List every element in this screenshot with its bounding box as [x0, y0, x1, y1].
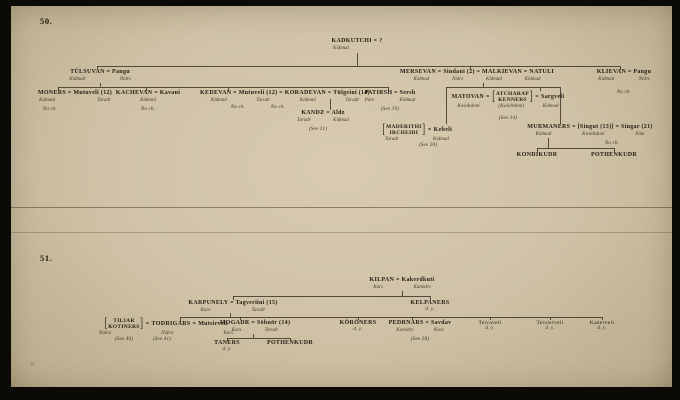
connector-line [97, 66, 620, 67]
name-line: KANDZ = Aldz [286, 110, 360, 117]
name-text: d. y. [545, 326, 554, 332]
clan-name: Kidmad [399, 98, 415, 104]
name-text: MURMANERS = [Singut (13)] = Singar (21) [527, 124, 652, 131]
clan-name: Kars [232, 328, 242, 334]
clan-name: Taradr [97, 98, 111, 104]
marriage-pedrnars: PEDRNARS = SavdavKanòdrsKars [386, 320, 454, 333]
name-text: (See 20) [419, 143, 437, 149]
clan-name: Kidmad [598, 77, 614, 83]
name-text: MATOVAN [452, 94, 484, 101]
clan-name: (Kwòdrdoni) [498, 104, 524, 110]
name-text: (See 39) [381, 107, 399, 113]
right-bracket: ] [422, 122, 425, 137]
clan-line: TaradrKidmad [286, 118, 360, 124]
name-line: [MADERITHIIRCHEIDI]=Kebeli [368, 124, 466, 136]
note-died-young-terzierveli: d. y. [534, 326, 566, 332]
name-line: No ch. [590, 141, 634, 147]
clan-name: Kidmad [140, 98, 156, 104]
name-line: (See 39) [366, 107, 414, 113]
name-line: KILPAN = Kakerdkuti [358, 277, 446, 284]
scan-border [0, 0, 11, 400]
clan-name: Kidmad [535, 132, 551, 138]
stacked-name: IRCHEIDI [386, 130, 422, 136]
name-text: d. y. [353, 327, 362, 333]
ref-see-28: (See 28) [398, 337, 442, 343]
clan-name: Kars [373, 285, 383, 291]
connector-line [548, 138, 549, 148]
name-line: TANERS [200, 340, 254, 347]
person-taners: TANERS [200, 340, 254, 347]
name-text: d. y. [597, 326, 606, 332]
clan-name: Taradr [297, 118, 311, 124]
name-text: = [535, 94, 539, 101]
name-line: d. y. [586, 326, 618, 332]
marriage-tulsuvan: TÜLSUVAN = PanguKidmadNidrs [52, 69, 148, 82]
name-line: No ch. [218, 105, 258, 111]
name-line: (See 41) [140, 337, 184, 343]
name-line: KACHEVAN = Kavani [112, 90, 184, 97]
note-no-children-murmaners: No ch. [590, 141, 634, 147]
marriage-karpunely: KARPUNELY = Tagveriini (15)KarsTaradr [180, 300, 286, 313]
name-text: KADKUTCHI = ? [332, 38, 383, 45]
name-text: POTHENKUDR [267, 340, 313, 347]
person-kondikudr: KONDIKUDR [504, 152, 570, 159]
clan-line: KidmadKwòdrdoniPām [520, 132, 660, 138]
table-number-50: 50. [40, 16, 52, 26]
name-text: KONDIKUDR [517, 152, 558, 159]
note-died-young-teivaveli: d. y. [474, 326, 506, 332]
name-text: (See 34) [499, 116, 517, 122]
name-text: No ch. [617, 90, 631, 96]
name-text: = [146, 321, 150, 328]
name-line: d. y. [212, 347, 242, 353]
name-text: KACHEVAN = Kavani [116, 90, 180, 97]
clan-name: Kanòdrs [414, 285, 431, 291]
clan-name: Kwòdrdoni [582, 132, 604, 138]
name-line: KÖRÖNERS [328, 320, 388, 327]
note-no-children-klievan: No ch. [602, 90, 646, 96]
name-line: KELPANERS [396, 300, 464, 307]
right-bracket: ] [140, 316, 143, 331]
clan-line: KidmadNidrs [52, 77, 148, 83]
clan-name: Taradr [385, 137, 399, 143]
name-line: d. y. [412, 307, 448, 313]
name-text: MERSEVAN = Sindani (2) = MALKIEVAN = NAT… [400, 69, 554, 76]
name-text: KILPAN = Kakerdkuti [369, 277, 434, 284]
clan-name: Kwòdrdoni [457, 104, 479, 110]
printers-mark: 14 [30, 361, 35, 366]
marriage-murmaners-chain: MURMANERS = [Singut (13)] = Singar (21)K… [520, 124, 660, 137]
name-line: (See 21) [294, 127, 342, 133]
person-pothenkudr-51: POTHENKUDR [256, 340, 324, 347]
connector-line [227, 338, 290, 339]
clan-line: KidmadNidrs [586, 77, 662, 83]
ref-see-39: (See 39) [366, 107, 414, 113]
marriage-mersevan-chain: MERSEVAN = Sindani (2) = MALKIEVAN = NAT… [402, 69, 552, 82]
connector-line [58, 87, 388, 88]
name-text: KÖRÖNERS [340, 320, 377, 327]
name-line: d. y. [534, 326, 566, 332]
clan-line: KarsKanòdrs [358, 285, 446, 291]
name-text: POTHENKUDR [591, 152, 637, 159]
clan-line: TaradrKidmad [368, 137, 466, 143]
name-line: PEDRNARS = Savdav [386, 320, 454, 327]
note-died-young-kelpaners: d. y. [412, 307, 448, 313]
name-text: (See 41) [153, 337, 171, 343]
clan-name: Taradr [256, 98, 270, 104]
marriage-klievan: KLIEVAN = PanguKidmadNidrs [586, 69, 662, 82]
name-line: (See 20) [404, 143, 452, 149]
note-no-children-kachevan: No ch. [126, 107, 170, 113]
ref-see-21: (See 21) [294, 127, 342, 133]
name-line: MATOVAN=[ATCHARAPKENNERS]=Sargveli [448, 91, 568, 103]
bracket-group: [MADERITHIIRCHEIDI] [382, 124, 426, 136]
name-line: POTHENKUDR [578, 152, 650, 159]
marriage-kebeli-group: [MADERITHIIRCHEIDI]=KebeliTaradrKidmad [368, 124, 466, 143]
marriage-mogadr: MOGADR = Söbnör (14)KarsTaradr [220, 320, 290, 333]
name-text: d. y. [222, 347, 231, 353]
name-text: No ch. [605, 141, 619, 147]
name-line: MERSEVAN = Sindani (2) = MALKIEVAN = NAT… [402, 69, 552, 76]
stacked-names: ATCHARAPKENNERS [496, 91, 529, 103]
clan-line: KidmadNidrsKidmadKidmad [402, 77, 552, 83]
connector-line [233, 296, 430, 297]
scan-border [0, 0, 680, 6]
scan-border [672, 0, 680, 400]
clan-name: Kidmad [433, 137, 449, 143]
clan-name: Taradr [265, 328, 279, 334]
ref-see-41: (See 41) [140, 337, 184, 343]
clan-line: Kidmad [317, 46, 397, 52]
name-text: KANDZ = Aldz [301, 110, 344, 117]
name-text: (See 40) [115, 337, 133, 343]
name-text: MONERS = Mutuveli (12) [38, 90, 112, 97]
stacked-name: KOTINERS [108, 324, 139, 330]
person-kadkutchi: KADKUTCHI = ?Kidmad [317, 38, 397, 51]
name-line: d. y. [474, 326, 506, 332]
clan-name: Kidmad [333, 118, 349, 124]
name-text: Sargveli [541, 94, 564, 101]
name-text: KEDEVAN = Mutuveli (12) = KORADEVAN = Tü… [200, 90, 370, 97]
connector-line [537, 148, 614, 149]
clan-line: KarsTaradr [180, 308, 286, 314]
name-text: (See 21) [309, 127, 327, 133]
name-line: No ch. [126, 107, 170, 113]
page-crease-line [11, 232, 672, 233]
clan-line: Kwòdrdoni(Kwòdrdoni)Kidmad [448, 104, 568, 110]
note-no-children-kedevan: No ch. [218, 105, 258, 111]
person-koroners: KÖRÖNERS [328, 320, 388, 327]
clan-name: Kidmad [39, 98, 55, 104]
name-line: MOGADR = Söbnör (14) [220, 320, 290, 327]
bracket-group: [TILIARKOTINERS] [104, 318, 144, 330]
name-line: PATIRSH = Sersh [352, 90, 428, 97]
clan-name: Kidmad [333, 46, 349, 52]
name-line: No ch. [28, 107, 72, 113]
name-text: Kebeli [434, 127, 452, 134]
connector-line [446, 87, 447, 124]
clan-name: Kidmad [69, 77, 85, 83]
name-line: No ch. [602, 90, 646, 96]
clan-name: Pām [365, 98, 374, 104]
note-died-young-taners: d. y. [212, 347, 242, 353]
right-bracket: ] [530, 89, 533, 104]
marriage-kilpan: KILPAN = KakerdkutiKarsKanòdrs [358, 277, 446, 290]
clan-name: Kanòdrs [396, 328, 413, 334]
clan-line: KidmadTaradrKidmadTaradr [196, 98, 374, 104]
table-number-51: 51. [40, 253, 52, 263]
clan-line: KarsTaradr [220, 328, 290, 334]
clan-name: Kidmad [211, 98, 227, 104]
name-text: PATIRSH = Sersh [364, 90, 415, 97]
name-line: TÜLSUVAN = Pangu [52, 69, 148, 76]
name-text: = [428, 127, 432, 134]
name-text: d. y. [485, 326, 494, 332]
clan-name: Kidmad [486, 77, 502, 83]
scan-border [0, 387, 680, 400]
name-text: No ch. [43, 107, 57, 113]
name-text: = [192, 321, 196, 328]
clan-name: Nidrsi [161, 331, 174, 337]
name-line: KARPUNELY = Tagveriini (15) [180, 300, 286, 307]
name-line: KLIEVAN = Pangu [586, 69, 662, 76]
left-bracket: [ [492, 89, 495, 104]
clan-name: Nidrs [639, 77, 650, 83]
clan-line: PāmKidmad [352, 98, 428, 104]
name-line: (See 34) [484, 116, 532, 122]
marriage-kedevan-chain: KEDEVAN = Mutuveli (12) = KORADEVAN = Tü… [196, 90, 374, 103]
name-line: KADKUTCHI = ? [317, 38, 397, 45]
clan-name: Pām [635, 132, 644, 138]
connector-line [357, 53, 358, 66]
left-bracket: [ [105, 316, 108, 331]
connector-line [446, 87, 560, 88]
clan-name: Kidmad [543, 104, 559, 110]
clan-name: Kidmad [525, 77, 541, 83]
name-text: No ch. [141, 107, 155, 113]
scanned-page: 50. 51. 14 KADKUTCHI = ?KidmadTÜLSUVAN =… [0, 0, 680, 400]
stacked-name: KENNERS [496, 97, 529, 103]
page-crease-line [11, 207, 672, 208]
clan-line: KanòdrsKars [386, 328, 454, 334]
ref-see-20: (See 20) [404, 143, 452, 149]
person-kelpaners: KELPANERS [396, 300, 464, 307]
clan-name: Nidrs [452, 77, 463, 83]
name-line: KEDEVAN = Mutuveli (12) = KORADEVAN = Tü… [196, 90, 374, 97]
marriage-patirsh: PATIRSH = SershPāmKidmad [352, 90, 428, 103]
ref-see-34: (See 34) [484, 116, 532, 122]
name-text: No ch. [271, 105, 285, 111]
name-text: = [486, 94, 490, 101]
clan-name: Kars [434, 328, 444, 334]
stacked-names: TILIARKOTINERS [108, 318, 139, 330]
note-no-children-moners: No ch. [28, 107, 72, 113]
left-bracket: [ [382, 122, 385, 137]
clan-name: Taradr [252, 308, 266, 314]
note-died-young-kanerveli: d. y. [586, 326, 618, 332]
note-died-young-koroners: d. y. [340, 327, 376, 333]
name-line: d. y. [340, 327, 376, 333]
clan-name: Nidrs [120, 77, 131, 83]
name-text: TANERS [214, 340, 240, 347]
name-text: KARPUNELY = Tagveriini (15) [188, 300, 277, 307]
clan-name: Kidmad [300, 98, 316, 104]
name-text: PEDRNARS = Savdav [389, 320, 452, 327]
marriage-kachevan: KACHEVAN = KavaniKidmad [112, 90, 184, 103]
name-text: KLIEVAN = Pangu [597, 69, 652, 76]
clan-name: Kidmad [413, 77, 429, 83]
stacked-names: MADERITHIIRCHEIDI [386, 124, 422, 136]
name-line: (See 28) [398, 337, 442, 343]
name-text: TODRIGARS [152, 321, 191, 328]
name-line: POTHENKUDR [256, 340, 324, 347]
marriage-kandz: KANDZ = AldzTaradrKidmad [286, 110, 360, 123]
marriage-matovan-group: MATOVAN=[ATCHARAPKENNERS]=SargveliKwòdrd… [448, 91, 568, 110]
person-pothenkudr: POTHENKUDR [578, 152, 650, 159]
name-text: No ch. [231, 105, 245, 111]
name-text: KELPANERS [411, 300, 450, 307]
name-text: TÜLSUVAN = Pangu [70, 69, 130, 76]
name-text: (See 28) [411, 337, 429, 343]
name-line: KONDIKUDR [504, 152, 570, 159]
name-line: MURMANERS = [Singut (13)] = Singar (21) [520, 124, 660, 131]
name-text: MOGADR = Söbnör (14) [220, 320, 290, 327]
name-text: d. y. [425, 307, 434, 313]
bracket-group: [ATCHARAPKENNERS] [492, 91, 533, 103]
clan-name: Kars [201, 308, 211, 314]
clan-line: Kidmad [112, 98, 184, 104]
clan-name: Nidrsi [99, 331, 112, 337]
